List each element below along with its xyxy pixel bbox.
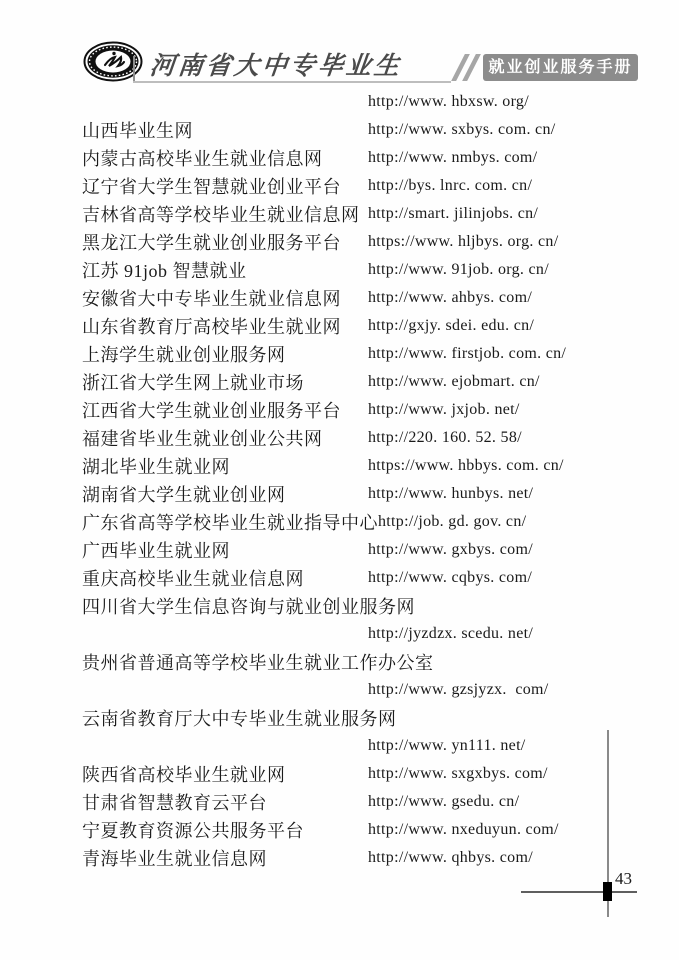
site-url: http://www. qhbys. com/ (368, 849, 533, 867)
site-url: http://www. jxjob. net/ (368, 401, 520, 419)
site-url: http://www. yn111. net/ (368, 737, 526, 755)
directory-row: 广西毕业生就业网http://www. gxbys. com/ (82, 536, 648, 564)
directory-row: 安徽省大中专毕业生就业信息网http://www. ahbys. com/ (82, 284, 648, 312)
page-number: 43 (615, 869, 632, 889)
site-url: https://www. hbbys. com. cn/ (368, 457, 564, 475)
directory-row: 湖南省大学生就业创业网http://www. hunbys. net/ (82, 480, 648, 508)
directory-row: http://www. hbxsw. org/ (82, 88, 648, 116)
site-url: http://gxjy. sdei. edu. cn/ (368, 317, 534, 335)
brand-title: 河南省大中专毕业生 (148, 50, 451, 82)
header-rule-line (133, 81, 451, 83)
site-name: 内蒙古高校毕业生就业信息网 (82, 145, 368, 171)
site-name: 上海学生就业创业服务网 (82, 341, 368, 367)
directory-row: 黑龙江大学生就业创业服务平台https://www. hljbys. org. … (82, 228, 648, 256)
directory-row: http://www. yn111. net/ (82, 732, 648, 760)
directory-row: 重庆高校毕业生就业信息网http://www. cqbys. com/ (82, 564, 648, 592)
site-name: 重庆高校毕业生就业信息网 (82, 565, 368, 591)
site-url: http://www. sxbys. com. cn/ (368, 121, 556, 139)
site-url: http://www. gzsjyzx. com/ (368, 681, 549, 699)
site-url: http://www. nmbys. com/ (368, 149, 537, 167)
site-url: http://www. hunbys. net/ (368, 485, 533, 503)
directory-row: 宁夏教育资源公共服务平台http://www. nxeduyun. com/ (82, 816, 648, 844)
directory-row: 辽宁省大学生智慧就业创业平台http://bys. lnrc. com. cn/ (82, 172, 648, 200)
site-name: 宁夏教育资源公共服务平台 (82, 817, 368, 843)
site-url: http://www. ejobmart. cn/ (368, 373, 540, 391)
directory-row: 山东省教育厅高校毕业生就业网http://gxjy. sdei. edu. cn… (82, 312, 648, 340)
header-divider (133, 56, 135, 82)
directory-row: 浙江省大学生网上就业市场http://www. ejobmart. cn/ (82, 368, 648, 396)
site-url: http://www. gsedu. cn/ (368, 793, 519, 811)
site-name: 黑龙江大学生就业创业服务平台 (82, 229, 368, 255)
site-url: http://www. 91job. org. cn/ (368, 261, 549, 279)
folio-tick-mark (603, 882, 612, 901)
directory-row: 甘肃省智慧教育云平台http://www. gsedu. cn/ (82, 788, 648, 816)
site-name: 湖南省大学生就业创业网 (82, 481, 368, 507)
site-name: 四川省大学生信息咨询与就业创业服务网 (82, 593, 415, 619)
directory-row: 江苏 91job 智慧就业http://www. 91job. org. cn/ (82, 256, 648, 284)
directory-row: 云南省教育厅大中专毕业生就业服务网 (82, 704, 648, 732)
site-name: 浙江省大学生网上就业市场 (82, 369, 368, 395)
site-name: 湖北毕业生就业网 (82, 453, 368, 479)
site-name: 吉林省高等学校毕业生就业信息网 (82, 201, 368, 227)
handbook-badge: 就业创业服务手册 (483, 54, 638, 81)
site-name: 山东省教育厅高校毕业生就业网 (82, 313, 368, 339)
site-name: 云南省教育厅大中专毕业生就业服务网 (82, 705, 397, 731)
site-name: 广东省高等学校毕业生就业指导中心 (82, 509, 378, 535)
site-url: http://job. gd. gov. cn/ (378, 513, 526, 531)
folio-horizontal-rule (521, 891, 637, 893)
handbook-page: 河南省大中专毕业生 就业创业服务手册 http://www. hbxsw. or… (0, 0, 679, 960)
site-url: http://www. ahbys. com/ (368, 289, 532, 307)
directory-row: http://jyzdzx. scedu. net/ (82, 620, 648, 648)
site-url: http://jyzdzx. scedu. net/ (368, 625, 533, 643)
site-url: http://bys. lnrc. com. cn/ (368, 177, 532, 195)
site-url: http://www. firstjob. com. cn/ (368, 345, 566, 363)
site-url: http://220. 160. 52. 58/ (368, 429, 522, 447)
site-name: 江苏 91job 智慧就业 (82, 257, 368, 283)
site-url: http://www. sxgxbys. com/ (368, 765, 548, 783)
site-name: 安徽省大中专毕业生就业信息网 (82, 285, 368, 311)
directory-row: 山西毕业生网http://www. sxbys. com. cn/ (82, 116, 648, 144)
site-url: https://www. hljbys. org. cn/ (368, 233, 558, 251)
site-url: http://www. gxbys. com/ (368, 541, 533, 559)
site-name: 贵州省普通高等学校毕业生就业工作办公室 (82, 649, 434, 675)
site-name: 江西省大学生就业创业服务平台 (82, 397, 368, 423)
directory-row: 湖北毕业生就业网https://www. hbbys. com. cn/ (82, 452, 648, 480)
directory-row: 四川省大学生信息咨询与就业创业服务网 (82, 592, 648, 620)
site-url: http://www. nxeduyun. com/ (368, 821, 559, 839)
site-url: http://www. hbxsw. org/ (368, 93, 529, 111)
directory-row: http://www. gzsjyzx. com/ (82, 676, 648, 704)
site-name: 青海毕业生就业信息网 (82, 845, 368, 871)
directory-row: 江西省大学生就业创业服务平台http://www. jxjob. net/ (82, 396, 648, 424)
site-name: 山西毕业生网 (82, 117, 368, 143)
site-url: http://www. cqbys. com/ (368, 569, 532, 587)
site-name: 陕西省高校毕业生就业网 (82, 761, 368, 787)
site-name: 甘肃省智慧教育云平台 (82, 789, 368, 815)
site-name: 广西毕业生就业网 (82, 537, 368, 563)
directory-row: 青海毕业生就业信息网http://www. qhbys. com/ (82, 844, 648, 872)
site-url: http://smart. jilinjobs. cn/ (368, 205, 538, 223)
directory-row: 内蒙古高校毕业生就业信息网http://www. nmbys. com/ (82, 144, 648, 172)
directory-row: 贵州省普通高等学校毕业生就业工作办公室 (82, 648, 648, 676)
directory-row: 广东省高等学校毕业生就业指导中心http://job. gd. gov. cn/ (82, 508, 648, 536)
directory-row: 陕西省高校毕业生就业网http://www. sxgxbys. com/ (82, 760, 648, 788)
directory-row: 上海学生就业创业服务网http://www. firstjob. com. cn… (82, 340, 648, 368)
directory-row: 福建省毕业生就业创业公共网http://220. 160. 52. 58/ (82, 424, 648, 452)
website-directory: http://www. hbxsw. org/ 山西毕业生网http://www… (82, 88, 648, 872)
site-name: 辽宁省大学生智慧就业创业平台 (82, 173, 368, 199)
directory-row: 吉林省高等学校毕业生就业信息网http://smart. jilinjobs. … (82, 200, 648, 228)
site-name: 福建省毕业生就业创业公共网 (82, 425, 368, 451)
